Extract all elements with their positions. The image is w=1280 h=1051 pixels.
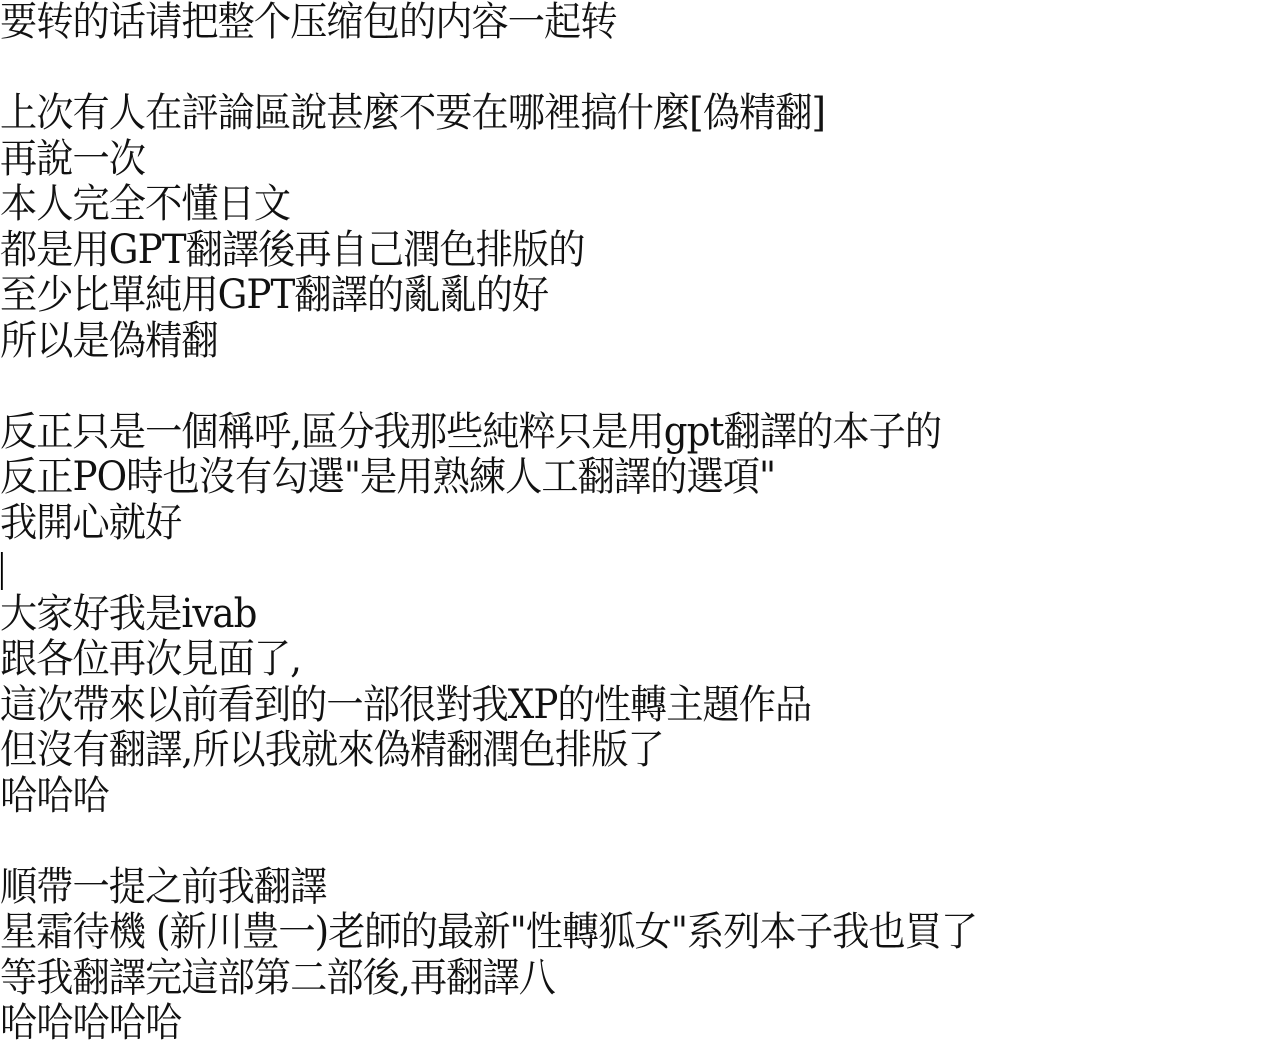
text-line: 要转的话请把整个压缩包的内容一起转 <box>0 0 1190 46</box>
text-line: 哈哈哈 <box>0 774 1190 820</box>
text-line: 跟各位再次見面了, <box>0 637 1190 683</box>
blank-line <box>0 46 1190 92</box>
text-line: 上次有人在評論區說甚麼不要在哪裡搞什麼[偽精翻] <box>0 91 1190 137</box>
text-line: 星霜待機 (新川豊一)老師的最新"性轉狐女"系列本子我也買了 <box>0 910 1190 956</box>
text-caret <box>1 552 3 590</box>
text-line: 本人完全不懂日文 <box>0 182 1190 228</box>
text-line: 等我翻譯完這部第二部後,再翻譯八 <box>0 956 1190 1002</box>
text-line: 反正PO時也沒有勾選"是用熟練人工翻譯的選項" <box>0 455 1190 501</box>
text-line: 所以是偽精翻 <box>0 319 1190 365</box>
blank-line <box>0 819 1190 865</box>
text-line: 都是用GPT翻譯後再自己潤色排版的 <box>0 228 1190 274</box>
blank-line <box>0 364 1190 410</box>
text-line: 但沒有翻譯,所以我就來偽精翻潤色排版了 <box>0 728 1190 774</box>
text-line: 再說一次 <box>0 137 1190 183</box>
text-line: 我開心就好 <box>0 501 1190 547</box>
text-line: 反正只是一個稱呼,區分我那些純粹只是用gpt翻譯的本子的 <box>0 410 1190 456</box>
text-line: 哈哈哈哈哈 <box>0 1001 1190 1047</box>
text-line: 這次帶來以前看到的一部很對我XP的性轉主題作品 <box>0 683 1190 729</box>
blank-line-with-caret[interactable] <box>0 546 1190 592</box>
text-line: 順帶一提之前我翻譯 <box>0 865 1190 911</box>
text-line: 至少比單純用GPT翻譯的亂亂的好 <box>0 273 1190 319</box>
text-line: 大家好我是ivab <box>0 592 1190 638</box>
text-document[interactable]: 要转的话请把整个压缩包的内容一起转 上次有人在評論區說甚麼不要在哪裡搞什麼[偽精… <box>0 0 1190 1047</box>
